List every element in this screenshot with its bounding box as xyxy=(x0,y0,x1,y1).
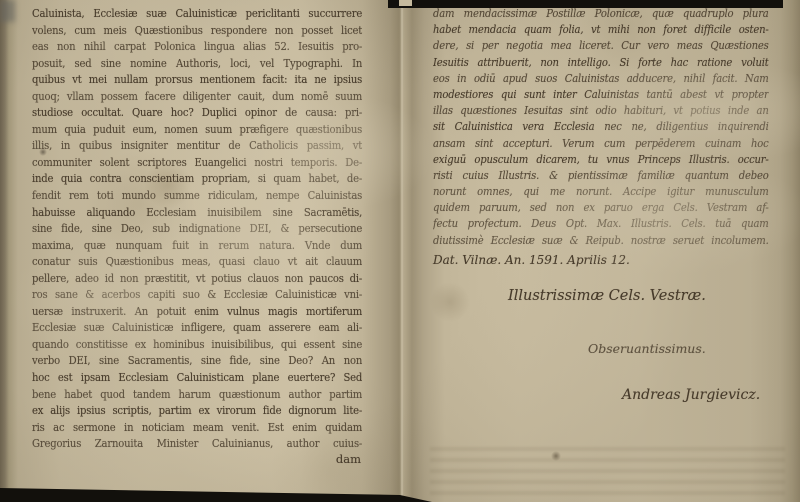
text-line: verbo DEI, sine Sacramentis, sine fide, … xyxy=(32,353,362,370)
text-line: eos in odiū apud suos Caluinistas adduce… xyxy=(433,71,769,87)
gutter-crease xyxy=(401,0,403,502)
dateline: Dat. Vilnæ. An. 1591. Aprilis 12. xyxy=(433,253,630,267)
text-line: conatur suis Quæstionibus meas, quasi cl… xyxy=(32,254,362,271)
text-line: fendit rem toti mundo summe ridiculam, n… xyxy=(32,188,362,205)
text-line: sit Caluinistica vera Ecclesia nec ne, d… xyxy=(433,119,769,135)
bleed-through-text xyxy=(430,447,785,499)
text-line: dere, si per negotia mea liceret. Cur ve… xyxy=(433,38,769,54)
bottom-edge-shadow xyxy=(0,486,432,502)
text-line: habet mendacia quam folia, vt mihi non f… xyxy=(433,22,769,38)
text-line: posuit, sed sine nomine Authoris, loci, … xyxy=(32,56,362,73)
text-line: illas quæstiones Iesuitas sint odio habi… xyxy=(433,103,769,119)
left-page-catchword: dam xyxy=(295,452,361,466)
text-line: exiguū opusculum dicarem, tu vnus Prince… xyxy=(433,152,769,168)
text-line: hoc est ipsam Ecclesiam Caluinisticam pl… xyxy=(32,370,362,387)
text-line: volens, cum meis Quæstionibus respondere… xyxy=(32,23,362,40)
book-scan: Caluinista, Ecclesiæ suæ Caluinisticæ pe… xyxy=(0,0,800,502)
top-left-smudge xyxy=(0,0,15,22)
text-line: dam mendacissimæ Postillæ Polonicæ, quæ … xyxy=(433,6,769,22)
text-line: inde quia contra conscientiam propriam, … xyxy=(32,171,362,188)
text-line: illis, in quibus insigniter mentitur de … xyxy=(32,138,362,155)
text-line: Ecclesiæ suæ Caluinisticæ infligere, qua… xyxy=(32,320,362,337)
text-line: studiose occultat. Quare hoc? Duplici op… xyxy=(32,105,362,122)
text-line: ex alijs ipsius scriptis, partim ex viro… xyxy=(32,403,362,420)
text-line: modestiores qui sunt inter Caluinistas t… xyxy=(433,87,769,103)
text-line: quibus vt mei nullam prorsus mentionem f… xyxy=(32,72,362,89)
salutation-line: Illustrissimæ Cels. Vestræ. xyxy=(508,288,706,304)
text-line: Caluinista, Ecclesiæ suæ Caluinisticæ pe… xyxy=(32,6,362,23)
text-line: diutissimè Ecclesiæ suæ & Reipub. nostræ… xyxy=(433,233,769,249)
text-line: communiter solent scriptores Euangelici … xyxy=(32,155,362,172)
top-edge-paper-tab xyxy=(399,0,412,6)
right-page-text-block: dam mendacissimæ Postillæ Polonicæ, quæ … xyxy=(433,6,769,249)
text-line: quidem paruum, sed non ex paruo erga Cel… xyxy=(433,200,769,216)
text-line: quoq; vllam possem facere diligenter cau… xyxy=(32,89,362,106)
text-line: risti cuius Illustris. & pientissimæ fam… xyxy=(433,168,769,184)
text-line: quando constitisse ex hominibus inuisibi… xyxy=(32,337,362,354)
closing-line: Obseruantissimus. xyxy=(588,341,706,356)
top-edge-shadow xyxy=(388,0,783,8)
text-line: norunt omnes, qui me norunt. Accipe igit… xyxy=(433,184,769,200)
text-line: maxima, quæ nunquam fuit in rerum natura… xyxy=(32,238,362,255)
text-line: ros sane & acerbos capiti suo & Ecclesiæ… xyxy=(32,287,362,304)
text-line: sine fide, sine Deo, sub indignatione DE… xyxy=(32,221,362,238)
text-line: uersæ instruxerit. An potuit enim vulnus… xyxy=(32,304,362,321)
text-line: habuisse aliquando Ecclesiam inuisibilem… xyxy=(32,205,362,222)
text-line: bene habet quod tandem harum quæstionum … xyxy=(32,387,362,404)
text-line: pellere, adeo id non præstitit, vt potiu… xyxy=(32,271,362,288)
text-line: Iesuitis attribuerit, non intelligo. Si … xyxy=(433,55,769,71)
left-page-text-block: Caluinista, Ecclesiæ suæ Caluinisticæ pe… xyxy=(32,6,362,453)
text-line: ris ac sermone in noticiam meam venit. E… xyxy=(32,420,362,437)
text-line: ansam sint accepturi. Verum cum perpēder… xyxy=(433,136,769,152)
author-signature: Andreas Jurgievicz. xyxy=(622,387,760,403)
text-line: eas non nihil carpat Polonica lingua ali… xyxy=(32,39,362,56)
text-line: mum quia puduit eum, nomen suum præfiger… xyxy=(32,122,362,139)
text-line: fectu profectum. Deus Opt. Max. Illustri… xyxy=(433,216,769,232)
text-line: Gregorius Zarnouita Minister Caluinianus… xyxy=(32,436,362,453)
